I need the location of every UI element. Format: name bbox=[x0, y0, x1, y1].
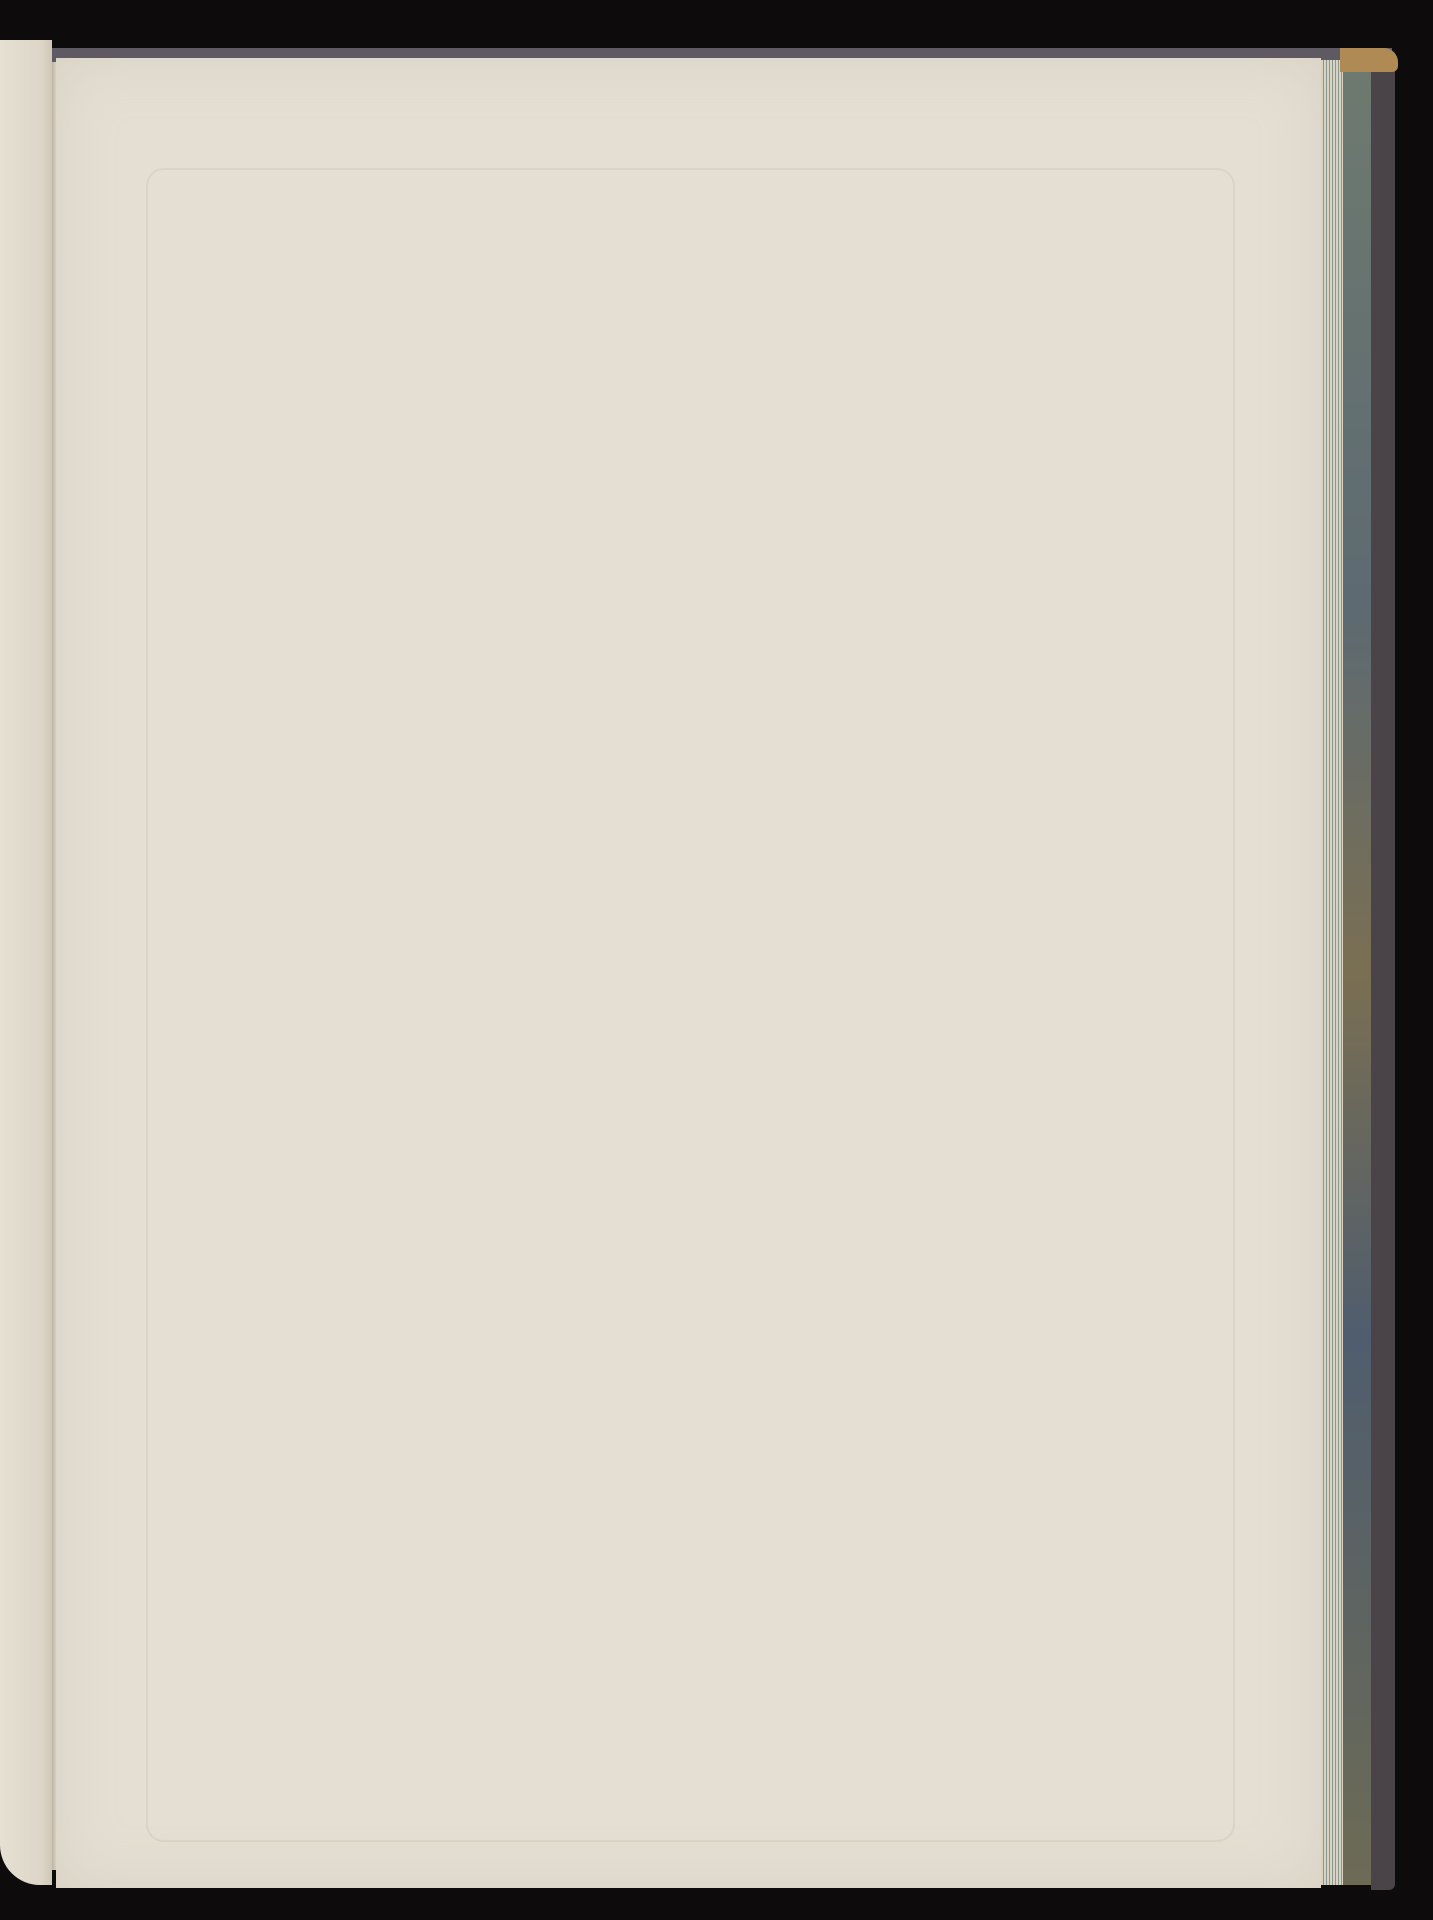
worn-corner bbox=[1340, 48, 1398, 72]
plate-mark bbox=[146, 168, 1235, 1842]
left-page-edge bbox=[0, 40, 52, 1885]
cover-board bbox=[1371, 55, 1395, 1890]
right-page bbox=[56, 58, 1321, 1888]
marbled-fore-edge bbox=[1343, 60, 1371, 1885]
page-edges bbox=[1321, 60, 1343, 1885]
